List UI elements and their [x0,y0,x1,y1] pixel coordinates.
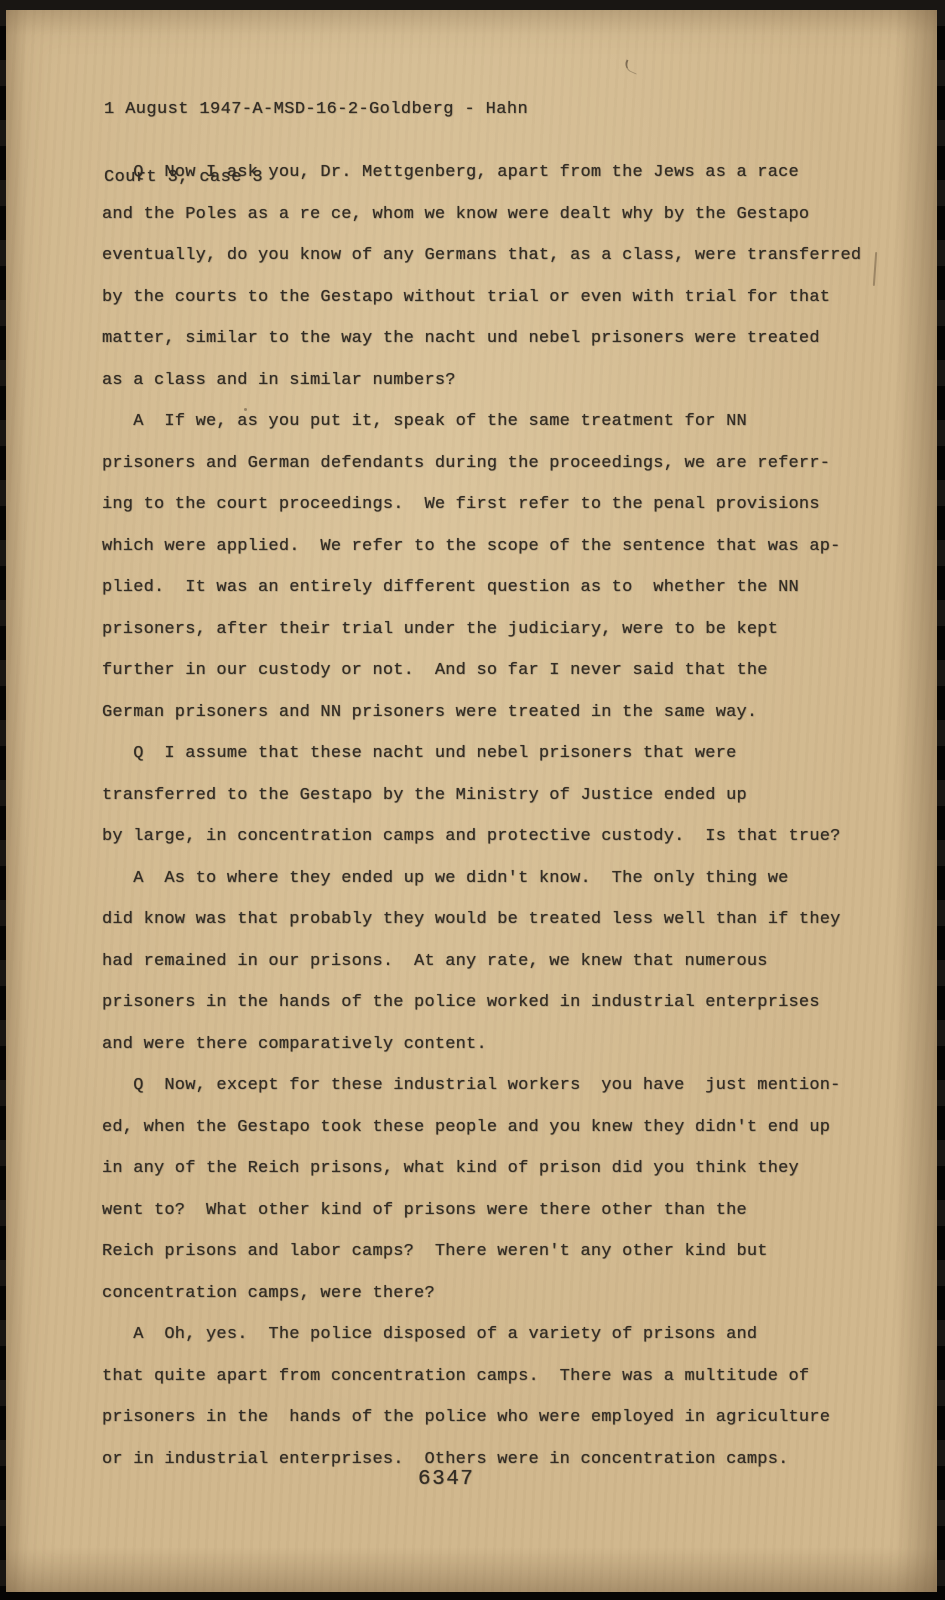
transcript-line: transferred to the Gestapo by the Minist… [102,775,861,817]
paper-page: 1 August 1947-A-MSD-16-2-Goldberg - Hahn… [6,10,937,1592]
pencil-check-mark [623,59,641,74]
transcript-line: A As to where they ended up we didn't kn… [102,858,861,900]
transcript-line: eventually, do you know of any Germans t… [102,235,861,277]
transcript-line: or in industrial enterprises. Others wer… [102,1439,861,1481]
transcript-line: A Oh, yes. The police disposed of a vari… [102,1314,861,1356]
transcript-line: in any of the Reich prisons, what kind o… [102,1148,861,1190]
transcript-line: ed, when the Gestapo took these people a… [102,1107,861,1149]
transcript-line: prisoners in the hands of the police who… [102,1397,861,1439]
transcript-line: and were there comparatively content. [102,1024,861,1066]
transcript-line: by large, in concentration camps and pro… [102,816,861,858]
transcript-line: which were applied. We refer to the scop… [102,526,861,568]
transcript-line: Q Now, except for these industrial worke… [102,1065,861,1107]
transcript-line: ing to the court proceedings. We first r… [102,484,861,526]
transcript-line: Reich prisons and labor camps? There wer… [102,1231,861,1273]
transcript-line: prisoners and German defendants during t… [102,443,861,485]
transcript-line: prisoners in the hands of the police wor… [102,982,861,1024]
transcript-line: did know was that probably they would be… [102,899,861,941]
header-line-1: 1 August 1947-A-MSD-16-2-Goldberg - Hahn [104,99,528,122]
page-number: 6347 [418,1468,474,1491]
pencil-stroke-mark [873,252,877,286]
transcript-line: concentration camps, were there? [102,1273,861,1315]
transcript-line: plied. It was an entirely different ques… [102,567,861,609]
transcript-body: Q Now I ask you, Dr. Mettgenberg, apart … [102,152,861,1480]
transcript-line: by the courts to the Gestapo without tri… [102,277,861,319]
transcript-line: matter, similar to the way the nacht und… [102,318,861,360]
transcript-line: prisoners, after their trial under the j… [102,609,861,651]
transcript-line: went to? What other kind of prisons were… [102,1190,861,1232]
transcript-line: further in our custody or not. And so fa… [102,650,861,692]
transcript-line: German prisoners and NN prisoners were t… [102,692,861,734]
transcript-line: Q I assume that these nacht und nebel pr… [102,733,861,775]
transcript-line: that quite apart from concentration camp… [102,1356,861,1398]
paper-speck [244,408,247,411]
transcript-line: Q Now I ask you, Dr. Mettgenberg, apart … [102,152,861,194]
scan-background: 1 August 1947-A-MSD-16-2-Goldberg - Hahn… [0,0,945,1600]
transcript-line: A If we, as you put it, speak of the sam… [102,401,861,443]
transcript-line: and the Poles as a re ce, whom we know w… [102,194,861,236]
transcript-line: as a class and in similar numbers? [102,360,861,402]
transcript-line: had remained in our prisons. At any rate… [102,941,861,983]
